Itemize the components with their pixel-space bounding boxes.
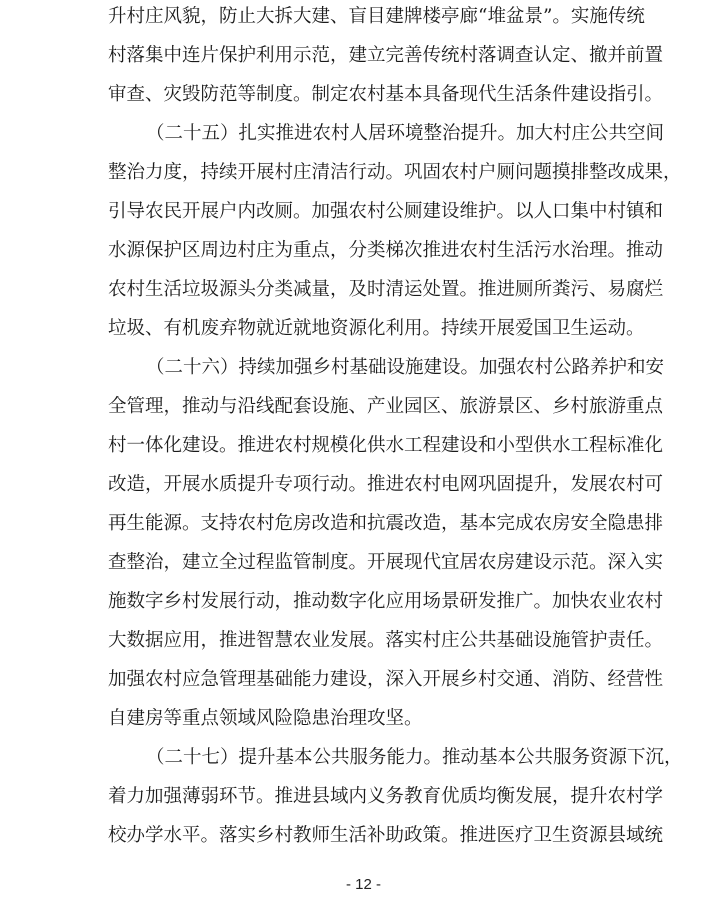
text-line: 校办学水平。落实乡村教师生活补助政策。推进医疗卫生资源县域统	[108, 823, 616, 849]
paragraph-first-line: （二十七）提升基本公共服务能力。推动基本公共服务资源下沉，	[146, 745, 616, 771]
text-line: 引导农民开展户内改厕。加强农村公厕建设维护。以人口集中村镇和	[108, 199, 616, 225]
text-line: 着力加强薄弱环节。推进县域内义务教育优质均衡发展，提升农村学	[108, 784, 616, 810]
text-line: 农村生活垃圾源头分类减量，及时清运处置。推进厕所粪污、易腐烂	[108, 277, 616, 303]
text-line: 改造，开展水质提升专项行动。推进农村电网巩固提升，发展农村可	[108, 472, 616, 498]
text-line: 村一体化建设。推进农村规模化供水工程建设和小型供水工程标准化	[108, 433, 616, 459]
text-line: 加强农村应急管理基础能力建设，深入开展乡村交通、消防、经营性	[108, 667, 616, 693]
text-line: 全管理，推动与沿线配套设施、产业园区、旅游景区、乡村旅游重点	[108, 394, 616, 420]
text-line: 水源保护区周边村庄为重点，分类梯次推进农村生活污水治理。推动	[108, 238, 616, 264]
text-line: 自建房等重点领域风险隐患治理攻坚。	[108, 706, 616, 732]
text-line: 再生能源。支持农村危房改造和抗震改造，基本完成农房安全隐患排	[108, 511, 616, 537]
text-line: 审查、灾毁防范等制度。制定农村基本具备现代生活条件建设指引。	[108, 82, 616, 108]
text-line: 大数据应用，推进智慧农业发展。落实村庄公共基础设施管护责任。	[108, 628, 616, 654]
text-line: 升村庄风貌，防止大拆大建、盲目建牌楼亭廊“堆盆景”。实施传统	[108, 4, 616, 30]
paragraph-first-line: （二十六）持续加强乡村基础设施建设。加强农村公路养护和安	[146, 355, 616, 381]
text-line: 查整治，建立全过程监管制度。开展现代宜居农房建设示范。深入实	[108, 550, 616, 576]
text-line: 垃圾、有机废弃物就近就地资源化利用。持续开展爱国卫生运动。	[108, 316, 616, 342]
text-line: 施数字乡村发展行动，推动数字化应用场景研发推广。加快农业农村	[108, 589, 616, 615]
paragraph-first-line: （二十五）扎实推进农村人居环境整治提升。加大村庄公共空间	[146, 121, 616, 147]
document-page: 升村庄风貌，防止大拆大建、盲目建牌楼亭廊“堆盆景”。实施传统村落集中连片保护利用…	[0, 0, 727, 911]
text-line: 村落集中连片保护利用示范，建立完善传统村落调查认定、撤并前置	[108, 43, 616, 69]
text-line: 整治力度，持续开展村庄清洁行动。巩固农村户厕问题摸排整改成果，	[108, 160, 616, 186]
page-number: - 12 -	[0, 876, 727, 893]
